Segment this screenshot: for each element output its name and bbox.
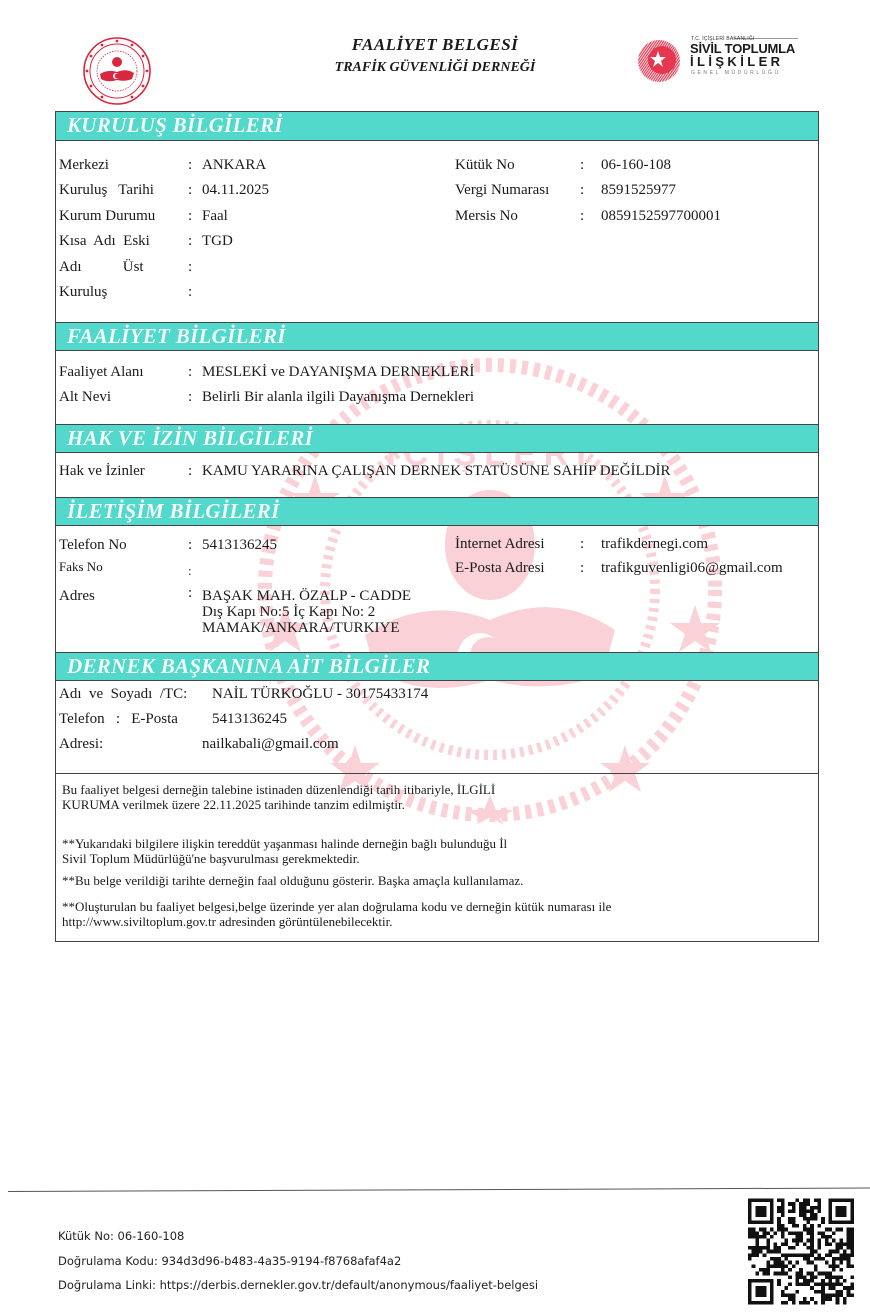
- field-label: Merkezi: [59, 156, 109, 174]
- colon: :: [188, 388, 192, 406]
- qr-code-icon[interactable]: [748, 1198, 854, 1305]
- ministry-seal-icon: [82, 36, 152, 106]
- address-line-2: Dış Kapı No:5 İç Kapı No: 2: [202, 604, 375, 620]
- colon: :: [580, 181, 584, 199]
- field-label: Faks No: [59, 558, 103, 576]
- section-header-kurulus: KURULUŞ BİLGİLERİ: [56, 112, 818, 141]
- field-label: Kütük No: [455, 156, 515, 174]
- field-label: Mersis No: [455, 207, 518, 225]
- field-value: NAİL TÜRKOĞLU - 30175433174: [212, 685, 428, 703]
- field-value: KAMU YARARINA ÇALIŞAN DERNEK STATÜSÜNE S…: [202, 462, 671, 480]
- colon: :: [580, 156, 584, 174]
- president-email-link[interactable]: nailkabali@gmail.com: [202, 735, 339, 753]
- field-label: Adı ve Soyadı /TC:: [59, 685, 187, 703]
- footer-separator: [8, 1187, 870, 1193]
- field-label: E-Posta Adresi: [455, 559, 545, 577]
- colon: :: [188, 462, 192, 480]
- note-1-line-1: **Yukarıdaki bilgilere ilişkin tereddüt …: [62, 836, 507, 851]
- field-label: Kısa Adı Eski: [59, 232, 150, 250]
- colon: :: [188, 283, 192, 301]
- address-line-3: MAMAK/ANKARA/TURKIYE: [202, 620, 400, 636]
- field-label: Kurum Durumu: [59, 207, 155, 225]
- field-value: MESLEKİ ve DAYANIŞMA DERNEKLERİ: [202, 363, 474, 381]
- note-3-line-2: http://www.siviltoplum.gov.tr adresinden…: [62, 914, 392, 929]
- field-value: Belirli Bir alanla ilgili Dayanışma Dern…: [202, 388, 474, 406]
- field-value: 8591525977: [601, 181, 676, 199]
- colon: :: [188, 207, 192, 225]
- colon: :: [580, 535, 584, 553]
- section-header-iletisim: İLETİŞİM BİLGİLERİ: [56, 497, 818, 526]
- stig-logo: T.C. İÇİŞLERİ BAKANLIĞI SİVİL TOPLUMLA İ…: [636, 36, 808, 86]
- colon: :: [188, 585, 192, 601]
- field-value: ANKARA: [202, 156, 266, 174]
- association-name: TRAFİK GÜVENLİĞİ DERNEĞİ: [220, 58, 650, 78]
- colon: :: [188, 156, 192, 174]
- document-title: FAALİYET BELGESİ: [220, 34, 650, 56]
- issued-note-line-1: Bu faaliyet belgesi derneğin talebine is…: [62, 782, 495, 797]
- note-2: **Bu belge verildiği tarihte derneğin fa…: [62, 873, 523, 888]
- colon: :: [188, 232, 192, 250]
- section-header-hak-izin: HAK VE İZİN BİLGİLERİ: [56, 424, 818, 453]
- colon: :: [188, 363, 192, 381]
- colon: :: [580, 207, 584, 225]
- note-1-line-2: Sivil Toplum Müdürlüğü'ne başvurulması g…: [62, 851, 360, 866]
- field-label: Kuruluş: [59, 283, 107, 301]
- field-label: Hak ve İzinler: [59, 462, 145, 480]
- colon: :: [188, 258, 192, 276]
- footer-verification-code: Doğrulama Kodu: 934d3d96-b483-4a35-9194-…: [58, 1254, 401, 1268]
- colon: :: [188, 536, 192, 554]
- logo-line-2: İLİŞKİLER: [690, 54, 783, 69]
- website-link[interactable]: trafikdernegi.com: [601, 535, 708, 553]
- document-title-block: FAALİYET BELGESİ TRAFİK GÜVENLİĞİ DERNEĞ…: [220, 34, 650, 78]
- field-label: Adresi:: [59, 735, 103, 753]
- email-link[interactable]: trafikguvenligi06@gmail.com: [601, 559, 783, 577]
- colon: :: [580, 559, 584, 577]
- field-value: 5413136245: [202, 536, 277, 554]
- field-label: Telefon No: [59, 536, 127, 554]
- section-header-baskan: DERNEK BAŞKANINA AİT BİLGİLER: [56, 652, 818, 681]
- field-value: 0859152597700001: [601, 207, 721, 225]
- address-line-1: BAŞAK MAH. ÖZALP - CADDE: [202, 588, 411, 604]
- field-label: Adres: [59, 588, 95, 604]
- colon: :: [188, 181, 192, 199]
- notes-divider: [56, 773, 818, 774]
- crescent-star-emblem-icon: [636, 38, 682, 84]
- colon: :: [188, 562, 192, 580]
- field-value: TGD: [202, 232, 233, 250]
- field-label: Vergi Numarası: [455, 181, 549, 199]
- section-header-faaliyet: FAALİYET BİLGİLERİ: [56, 322, 818, 351]
- certificate-box: KURULUŞ BİLGİLERİ Merkezi : ANKARA Kurul…: [55, 111, 819, 942]
- field-value: 06-160-108: [601, 156, 671, 174]
- field-label: Alt Nevi: [59, 388, 111, 406]
- footer-verification-link[interactable]: Doğrulama Linki: https://derbis.dernekle…: [58, 1278, 538, 1292]
- field-value: 5413136245: [212, 710, 287, 728]
- field-label: Adı Üst: [59, 258, 144, 276]
- field-label: Faaliyet Alanı: [59, 363, 144, 381]
- note-3-line-1: **Oluşturulan bu faaliyet belgesi,belge …: [62, 899, 611, 914]
- issued-note-line-2: KURUMA verilmek üzere 22.11.2025 tarihin…: [62, 797, 405, 812]
- logo-line-3: GENEL MÜDÜRLÜĞÜ: [691, 70, 781, 76]
- footer-kutuk-no: Kütük No: 06-160-108: [58, 1229, 184, 1243]
- field-value: Faal: [202, 207, 228, 225]
- field-label: Kuruluş Tarihi: [59, 181, 154, 199]
- field-value: 04.11.2025: [202, 181, 269, 199]
- field-label: Telefon : E-Posta: [59, 710, 178, 728]
- field-label: İnternet Adresi: [455, 535, 545, 553]
